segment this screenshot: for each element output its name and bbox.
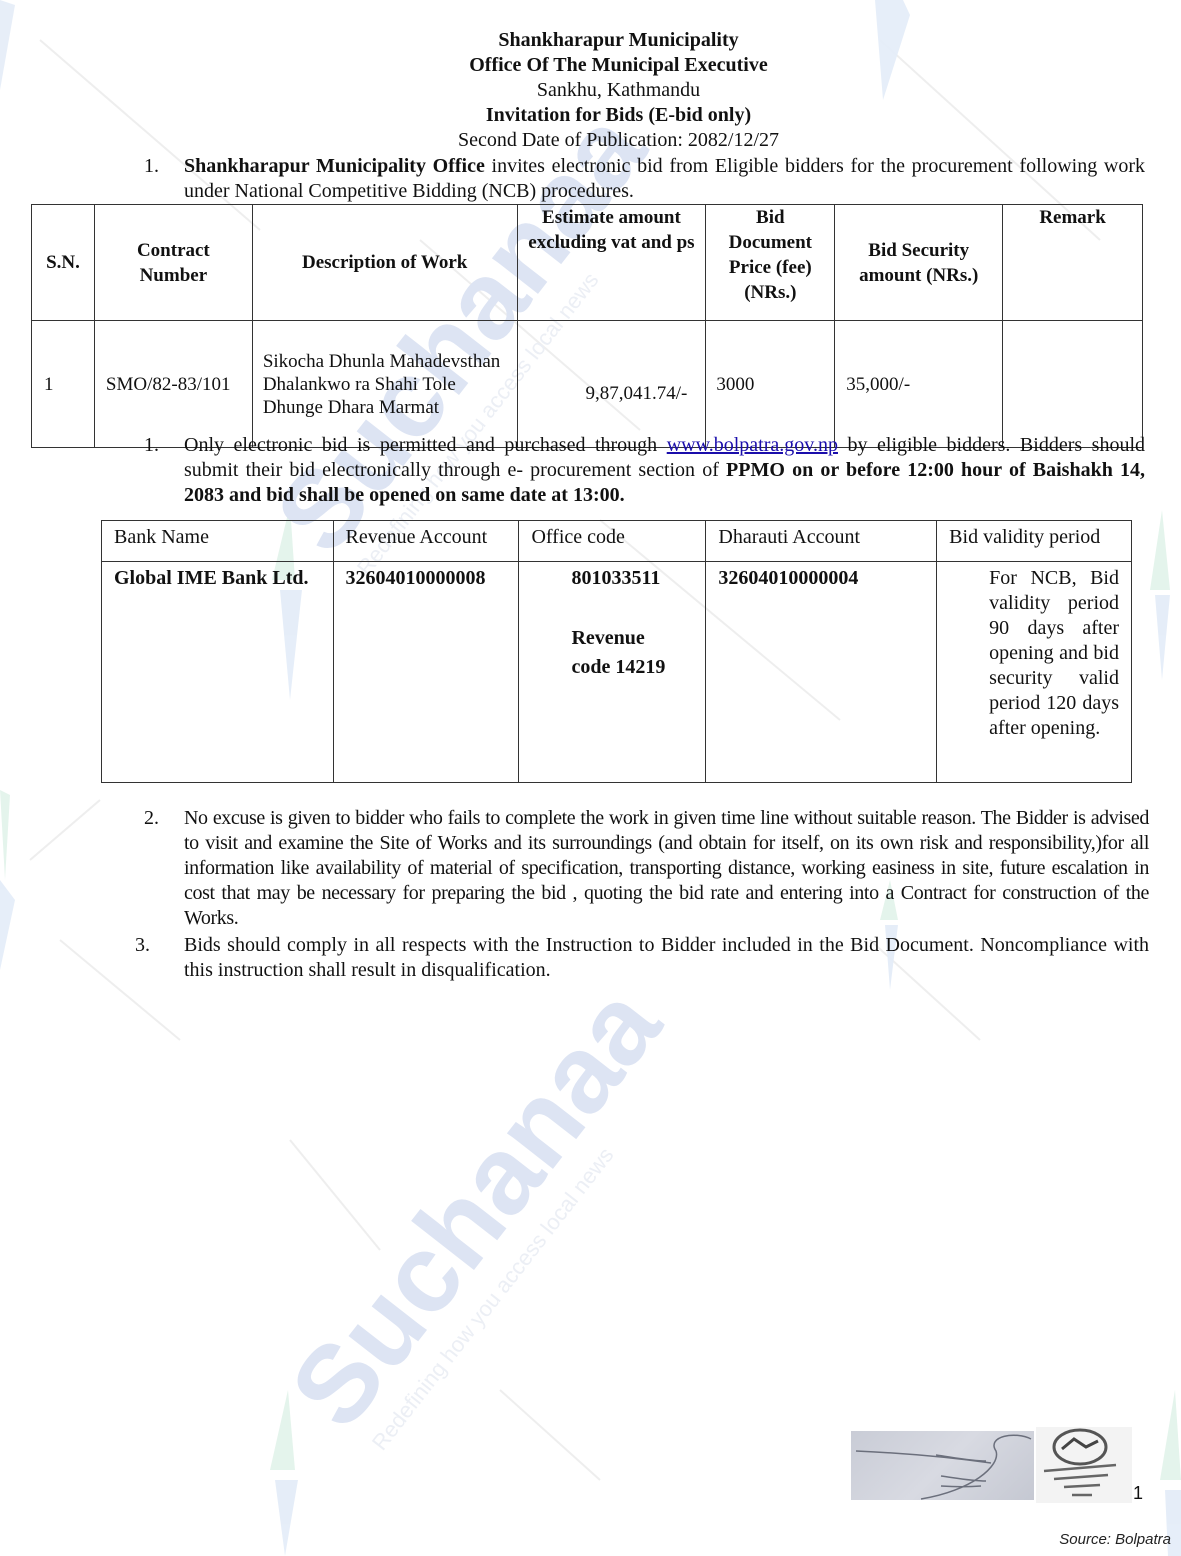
col-description: Description of Work [252,205,517,321]
source-credit: Source: Bolpatra [1059,1531,1171,1548]
cell-bank-name: Global IME Bank Ltd. [102,562,334,783]
bank-table-header: Bank Name Revenue Account Office code Dh… [102,521,1132,562]
works-table: S.N. Contract Number Description of Work… [31,204,1143,448]
notice-document: Shankharapur Municipality Office Of The … [0,0,1181,1556]
cell-dharauti-account: 32604010000004 [706,562,937,783]
col-office-code: Office code [519,521,706,562]
intro-number: 1. [144,154,159,179]
col-bid-security: Bid Security amount (NRs.) [835,205,1003,321]
table-row: Global IME Bank Ltd. 32604010000008 8010… [102,562,1132,783]
office-location: Sankhu, Kathmandu [0,78,1181,103]
cell-doc-price: 3000 [706,321,835,448]
col-revenue-account: Revenue Account [333,521,519,562]
intro-paragraph: Shankharapur Municipality Office invites… [184,154,1145,204]
works-table-header: S.N. Contract Number Description of Work… [32,205,1143,321]
office-seal [1036,1427,1132,1503]
col-bank-name: Bank Name [102,521,334,562]
ebid-text-a: Only electronic bid is permitted and pur… [184,434,667,456]
cell-bid-validity: For NCB, Bid validity period 90 days aft… [937,562,1132,783]
signature-image [851,1431,1034,1500]
col-sn: S.N. [32,205,95,321]
cell-revenue-account: 32604010000008 [333,562,519,783]
clause3-number: 3. [135,933,150,958]
cell-contract: SMO/82-83/101 [94,321,252,448]
bank-table: Bank Name Revenue Account Office code Dh… [101,520,1132,783]
signature-icon [851,1431,1034,1500]
cell-estimate: 9,87,041.74/- [517,321,706,448]
publication-date: Second Date of Publication: 2082/12/27 [0,128,1181,153]
page-number: 1 [1133,1483,1143,1504]
table-row: 1 SMO/82-83/101 Sikocha Dhunla Mahadevst… [32,321,1143,448]
cell-description: Sikocha Dhunla Mahadevsthan Dhalankwo ra… [252,321,517,448]
col-estimate: Estimate amount excluding vat and ps [517,205,706,321]
clause3-paragraph: Bids should comply in all respects with … [184,933,1149,983]
col-bid-validity: Bid validity period [937,521,1132,562]
clause2-paragraph: No excuse is given to bidder who fails t… [184,806,1149,931]
office-name: Office Of The Municipal Executive [0,53,1181,78]
ebid-paragraph: Only electronic bid is permitted and pur… [184,433,1145,508]
bolpatra-link[interactable]: www.bolpatra.gov.np [667,434,838,456]
cell-remark [1003,321,1143,448]
office-code-value: 801033511 [571,566,693,591]
col-doc-price: Bid Document Price (fee) (NRs.) [706,205,835,321]
col-contract-number: Contract Number [94,205,252,321]
cell-security: 35,000/- [835,321,1003,448]
col-remark: Remark [1003,205,1143,321]
cell-office-code: 801033511 Revenue code 14219 [519,562,706,783]
cell-sn: 1 [32,321,95,448]
clause2-number: 2. [144,806,159,831]
col-dharauti-account: Dharauti Account [706,521,937,562]
ebid-number: 1. [144,433,159,458]
seal-icon [1036,1427,1132,1503]
org-name: Shankharapur Municipality [0,28,1181,53]
revenue-code: Revenue code 14219 [571,624,681,682]
notice-title: Invitation for Bids (E-bid only) [0,103,1181,128]
intro-office: Shankharapur Municipality Office [184,155,485,177]
document-header: Shankharapur Municipality Office Of The … [0,28,1181,153]
